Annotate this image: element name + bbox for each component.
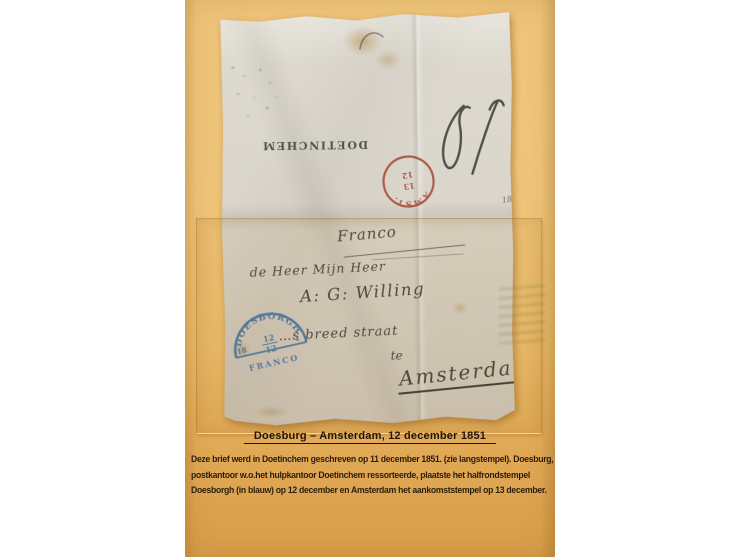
seal-mark [357, 27, 387, 53]
doesborgh-halfrond-stamp: DOESBORGH 18 12 12 1 FRANCO [215, 291, 321, 383]
exhibit-title: Doesburg – Amsterdam, 12 december 1851 [185, 430, 555, 442]
franco-underline [344, 244, 465, 257]
doetinchem-langstempel: DOETINCHEM [270, 138, 368, 152]
exhibit-title-text: Doesburg – Amsterdam, 12 december 1851 [244, 430, 496, 444]
halfrond-franco: FRANCO [248, 352, 300, 373]
arrival-stamp-arc-text: AMST. [389, 188, 435, 212]
letter-paper: DOETINCHEM AMST. 13 12 [218, 11, 516, 427]
manuscript-franco: Franco [337, 223, 398, 246]
ink-speckles [225, 54, 290, 127]
manuscript-year-note: 1852 [501, 192, 523, 205]
manuscript-addressee: de Heer Mijn Heer [249, 258, 386, 279]
description-line: Deze brief werd in Doetinchem geschreven… [191, 452, 533, 468]
amsterdam-arrival-stamp: AMST. 13 12 [378, 151, 439, 212]
manuscript-te: te [391, 349, 403, 363]
halfrond-year-right: 1 [294, 333, 301, 343]
manuscript-name: A: G: Willing [299, 279, 425, 306]
description-line: postkantoor w.o.het hulpkantoor Doetinch… [191, 468, 533, 484]
arrival-stamp-day: 13 [403, 181, 416, 193]
manuscript-city: Amsterdam [396, 353, 541, 395]
exhibit-description: Deze brief werd in Doetinchem geschreven… [191, 452, 555, 499]
folded-letter: DOETINCHEM AMST. 13 12 [218, 11, 516, 427]
stain-spot [450, 300, 470, 316]
arrival-stamp-month: 12 [401, 170, 414, 182]
ghost-writing [499, 282, 545, 344]
svg-text:AMST.: AMST. [389, 188, 435, 212]
description-line: Doesborgh (in blauw) op 12 december en A… [191, 483, 533, 499]
album-page-photo: DOETINCHEM AMST. 13 12 [185, 0, 555, 557]
rate-mark-flourish [434, 95, 509, 192]
stain-spot [249, 404, 293, 421]
halfrond-month: 12 [265, 343, 278, 355]
